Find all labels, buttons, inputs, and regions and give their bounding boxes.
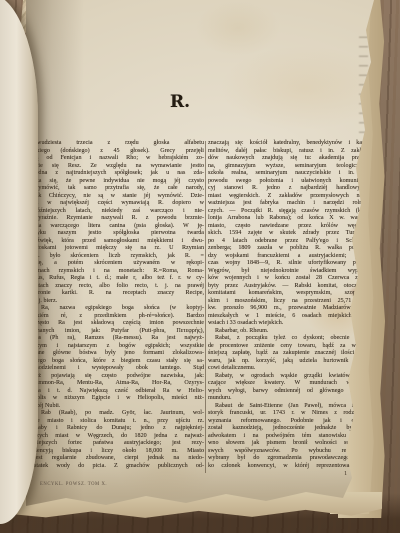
text-line: munduru. <box>208 395 366 403</box>
footer-imprint: ENCYKL. POWSZ. TOM X. <box>40 482 107 487</box>
text-line: wno słowem jak pismem bronił wolności su… <box>208 440 366 448</box>
text-line: nego boga słońca, które z biegiem czasu … <box>34 358 204 366</box>
text-line: waru, jak np. korzyść, jaką udziela hurt… <box>208 358 366 366</box>
text-line: znaczają się: kościół katedralny, benedy… <box>208 140 366 148</box>
text-line: wyraźnie. Rzymianie nazywali R. z powodu… <box>34 215 204 223</box>
text-line: tatach znaczy recto, albo folio recto, t… <box>34 283 204 291</box>
text-line: Rabaut de Saint-Etienne (Jan Paweł), mów… <box>208 403 366 411</box>
text-line: miast węgierskich. Z zakładów przemysłow… <box>208 193 366 201</box>
text-line: lonija Arrabona lub Rabona); od końca X … <box>208 215 366 223</box>
text-line: skim i moszońskim, liczy na przestrzeni … <box>208 298 366 306</box>
text-line: smach rzymskich i na monetach: R.=Roma, … <box>34 268 204 276</box>
text-line: dów naukowych znajdują się tu: akademija… <box>208 155 366 163</box>
text-line: Ra, nazwa egipskiego boga słońca (w kopt… <box>34 305 204 313</box>
text-line: szkoła realna, seminaryjum nauczycielski… <box>208 170 366 178</box>
text-line: kw. przeszło 96,900 m., przeważnie Madzi… <box>208 305 366 313</box>
text-line: po 4 latach odebrane przez Palfy'ego i S… <box>208 238 366 246</box>
text-line: wie się Resz. Ze względu na wymawianie j… <box>34 163 204 171</box>
text-line: modzielnemi i występowały obok tamtego. … <box>34 365 204 373</box>
text-line: śniejszą zapłatę, bądź za zakupienie zna… <box>208 350 366 358</box>
text-line: R. było skróceniem liczb rzymskich, jak … <box>34 253 204 261</box>
book-page: R. dwudziesta trzecia z rzędu głoska alf… <box>26 0 378 512</box>
text-line: wyznania reformowanego. Podobnie jak i o… <box>208 418 366 426</box>
text-line: dwudziesta trzecia z rzędu głoska alfabe… <box>34 140 204 148</box>
text-line: wsiach i 33 osadach wiejskich. <box>208 320 366 328</box>
column-divider <box>205 141 206 473</box>
text-line: Rab (Raab), po madz. Györ, łac. Jaurinum… <box>34 410 204 418</box>
previous-page-edge <box>0 0 38 524</box>
page-signature-number: 1 <box>344 470 347 477</box>
text-line: często Ra jest składową częścią imion po… <box>34 320 204 328</box>
text-line: cyj stanowi R. jedno z najbardziéj handl… <box>208 185 366 193</box>
text-line: wybrany był do zgromadzenia prawodawczeg… <box>208 455 366 463</box>
text-line: Ra i t. d. Największą cześć odbierał Ra … <box>34 388 204 396</box>
text-line: ko członek konwencyi, w któréj reprezent… <box>208 463 366 471</box>
text-line: skiego (dońskiego) z 45 głosek). Grecy p… <box>34 148 204 156</box>
text-line: czas wojny 1848—9, R. silnie ufortyfikow… <box>208 260 366 268</box>
text-line: jest regularnie zbudowane, cierpi jednak… <box>34 455 204 463</box>
text-line: mieszkałych w 1 mieście, 6 osadach miejs… <box>208 313 366 321</box>
text-line: adwokatem i na podwójném tém stanowisku … <box>208 433 366 441</box>
text-line: statek wody do picia. Z gmachów publiczn… <box>34 463 204 471</box>
text-line: znanych imion, jak: Putyfar (Puti-phra, … <box>34 328 204 336</box>
text-line: niejszych fortec państwa austryjackiego;… <box>34 440 204 448</box>
text-line: ne miasto i stolica komitatu t. n., przy… <box>34 418 204 426</box>
text-line: na, gimnazyjum wyższe, seminaryjum teolo… <box>208 163 366 171</box>
text-line: dzy wojskami francuzkiemi a austryjackie… <box>208 253 366 261</box>
text-line: polis w niższym Egipcie i w Heliopolis, … <box>34 395 204 403</box>
text-line: rza się, że pewne indywidua nie mogą jéj… <box>34 178 204 186</box>
text-line: powodu swego położenia i ułatwionych kom… <box>208 178 366 186</box>
text-line: Rabaty, w ogrodach wąskie grządki kwiató… <box>208 373 366 381</box>
text-line: miasto, często nawiedzane przez królów w… <box>208 223 366 231</box>
text-line: t. j. bierz. <box>34 298 204 306</box>
text-line: wych wyłogi, barwy odmiennéj od głównego… <box>208 388 366 396</box>
section-heading-letter: R. <box>152 92 208 112</box>
text-line: został kaznodzieją, jednocześnie jednakż… <box>208 425 366 433</box>
text-line: melitów, daléj pałac biskupi, ratusz i i… <box>208 148 366 156</box>
text-line: dencyją biskupa i liczy około 18,000 m. … <box>34 448 204 456</box>
text-line: jedna z najtrudniejszych spółgłosek; jak… <box>34 170 204 178</box>
text-line: nus, Rufus, Regia i t. d.; małe r, albo … <box>34 275 204 283</box>
text-line: inne główne bóstwa były jeno formami zlo… <box>34 350 204 358</box>
text-line: ras (Ph ra), Ramzes (Ra-messu). Ra jest … <box>34 335 204 343</box>
text-line: skich. 1594 zajęte w skutek zdrady przez… <box>208 230 366 238</box>
text-line: skiém ré, z przedimkiem ph-ré=słońce). B… <box>34 313 204 321</box>
text-line: swych współwyznawców. Po wybuchu rewoluc… <box>208 448 366 456</box>
text-line: Ammon-Ra, Mentu-Ra, Atma-Ra, Hor-Ra, Ozy… <box>34 380 204 388</box>
text-line: Rabat, z początku tyleż co dyskont; obec… <box>208 335 366 343</box>
text-line: głoskami jotowemi miękczy się na rz. U R… <box>34 245 204 253</box>
text-line: jak Chińczycy, nie są w stanie jéj wymów… <box>34 193 204 201</box>
text-line: szym i najstarszym z bogów egipskich; ws… <box>34 343 204 351</box>
text-line: pię, a potém skróceniem używaném w rękop… <box>34 260 204 268</box>
text-line: storyk francuski, ur. 1743 r. w Nimes z … <box>208 410 366 418</box>
text-line: ważniejsza jest fabryka machin i narzędz… <box>208 200 366 208</box>
text-line: Raby i Rabnicy do Dunaju; jedno z najpię… <box>34 425 204 433</box>
text-line: zenberga; 1809 zaszła w pobliżu R. walka… <box>208 245 366 253</box>
text-line: ją od Fenicjan i nazwali Rho; w hebrajsk… <box>34 155 204 163</box>
right-column: znaczają się: kościół katedralny, benedy… <box>208 140 366 470</box>
text-line: komitatami komareńskim, wesprymskim, szo… <box>208 290 366 298</box>
text-line: nia warczącego litera canina (psia głosk… <box>34 223 204 231</box>
text-line: szych miast w Węgrzech, do 1820 jedna z … <box>34 433 204 441</box>
text-line: dźwięk, która przed samogłoskami miękkie… <box>34 238 204 246</box>
text-line: wymówić, tak samo przytrafia się, że cał… <box>34 185 204 193</box>
text-line: ków wojennych i w końcu został 28 Czerwc… <box>208 275 366 283</box>
text-line: ci w największéj części wymawiają R. dop… <box>34 200 204 208</box>
text-line: zyku naszym jestto spółgłoska pierwotna … <box>34 230 204 238</box>
text-line: Węgrów, był niejednokrotnie świadkiem wy… <box>208 268 366 276</box>
text-line: czych. — Początki R. sięgają czasów rzym… <box>208 208 366 216</box>
text-line: Rabarbar, ob. Rheum. <box>208 328 366 336</box>
text-line: de procentowe zniżenie ceny towaru, bądź… <box>208 343 366 351</box>
text-line: czające większe kwatery. W mundurach woj… <box>208 380 366 388</box>
text-line: cowi detalicznemu. <box>208 365 366 373</box>
photo-of-open-book: R. dwudziesta trzecia z rzędu głoska alf… <box>0 0 400 533</box>
text-line: stronie kartki. R. na receptach znaczy R… <box>34 290 204 298</box>
text-line: széj Nubii. <box>34 403 204 411</box>
text-line: późniejszych latach, niekiedy zaś warczą… <box>34 208 204 216</box>
text-line: też pojawiają się często podwójne nazwis… <box>34 373 204 381</box>
left-column: dwudziesta trzecia z rzędu głoska alfabe… <box>34 140 204 470</box>
text-line: byty przez Austryjaków. — Rabski komitat… <box>208 283 366 291</box>
